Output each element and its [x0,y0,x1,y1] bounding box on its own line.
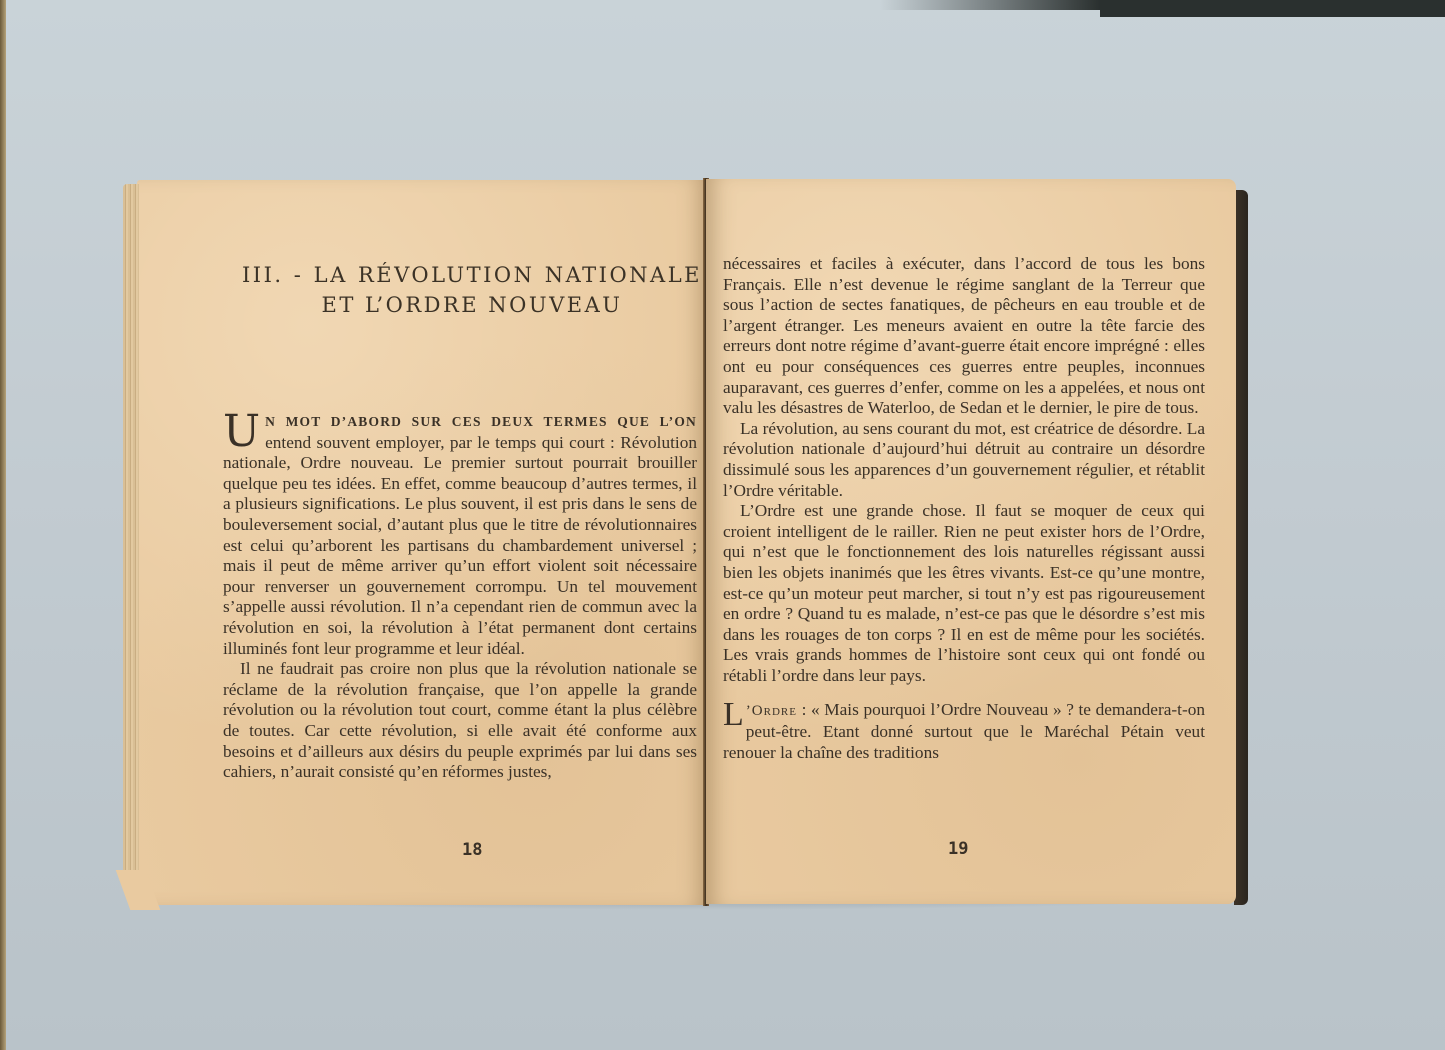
drop-cap: U [223,413,260,451]
right-paragraph-2: La révolution, au sens courant du mot, e… [723,419,1205,501]
page-number-left: 18 [462,840,482,860]
section-gap [723,686,1205,700]
left-page: III. - LA RÉVOLUTION NATIONALE ET L’ORDR… [137,180,707,905]
right-page: nécessaires et faciles à exécuter, dans … [706,179,1236,904]
chapter-title-line-1: III. - LA RÉVOLUTION NATIONALE [242,260,702,290]
book-cover-edge [1234,190,1248,905]
open-book: III. - LA RÉVOLUTION NATIONALE ET L’ORDR… [120,172,1250,912]
paragraph-1-body: entend souvent employer, par le temps qu… [223,433,697,658]
section-small-caps: ’Ordre [746,703,797,719]
scan-border-top-fade [880,0,1100,10]
page-number-right: 19 [948,839,968,859]
chapter-title-line-2: ET L’ORDRE NOUVEAU [322,293,623,317]
scan-border-left [0,0,6,1050]
scan-border-top [1100,0,1445,17]
right-body-text: nécessaires et faciles à exécuter, dans … [723,254,1205,763]
left-paragraph-1: Un mot d’abord sur ces deux termes que l… [223,411,697,659]
chapter-title: III. - LA RÉVOLUTION NATIONALE ET L’ORDR… [242,260,702,320]
right-paragraph-1: nécessaires et faciles à exécuter, dans … [723,254,1205,419]
section-initial: L [723,702,744,728]
left-paragraph-2: Il ne faudrait pas croire non plus que l… [223,659,697,783]
right-section-ordre: L’Ordre : « Mais pourquoi l’Ordre Nouvea… [723,700,1205,763]
opening-small-caps: n mot d’abord sur ces deux termes que l’… [265,414,697,429]
right-paragraph-3: L’Ordre est une grande chose. Il faut se… [723,501,1205,686]
left-body-text: Un mot d’abord sur ces deux termes que l… [223,411,697,783]
